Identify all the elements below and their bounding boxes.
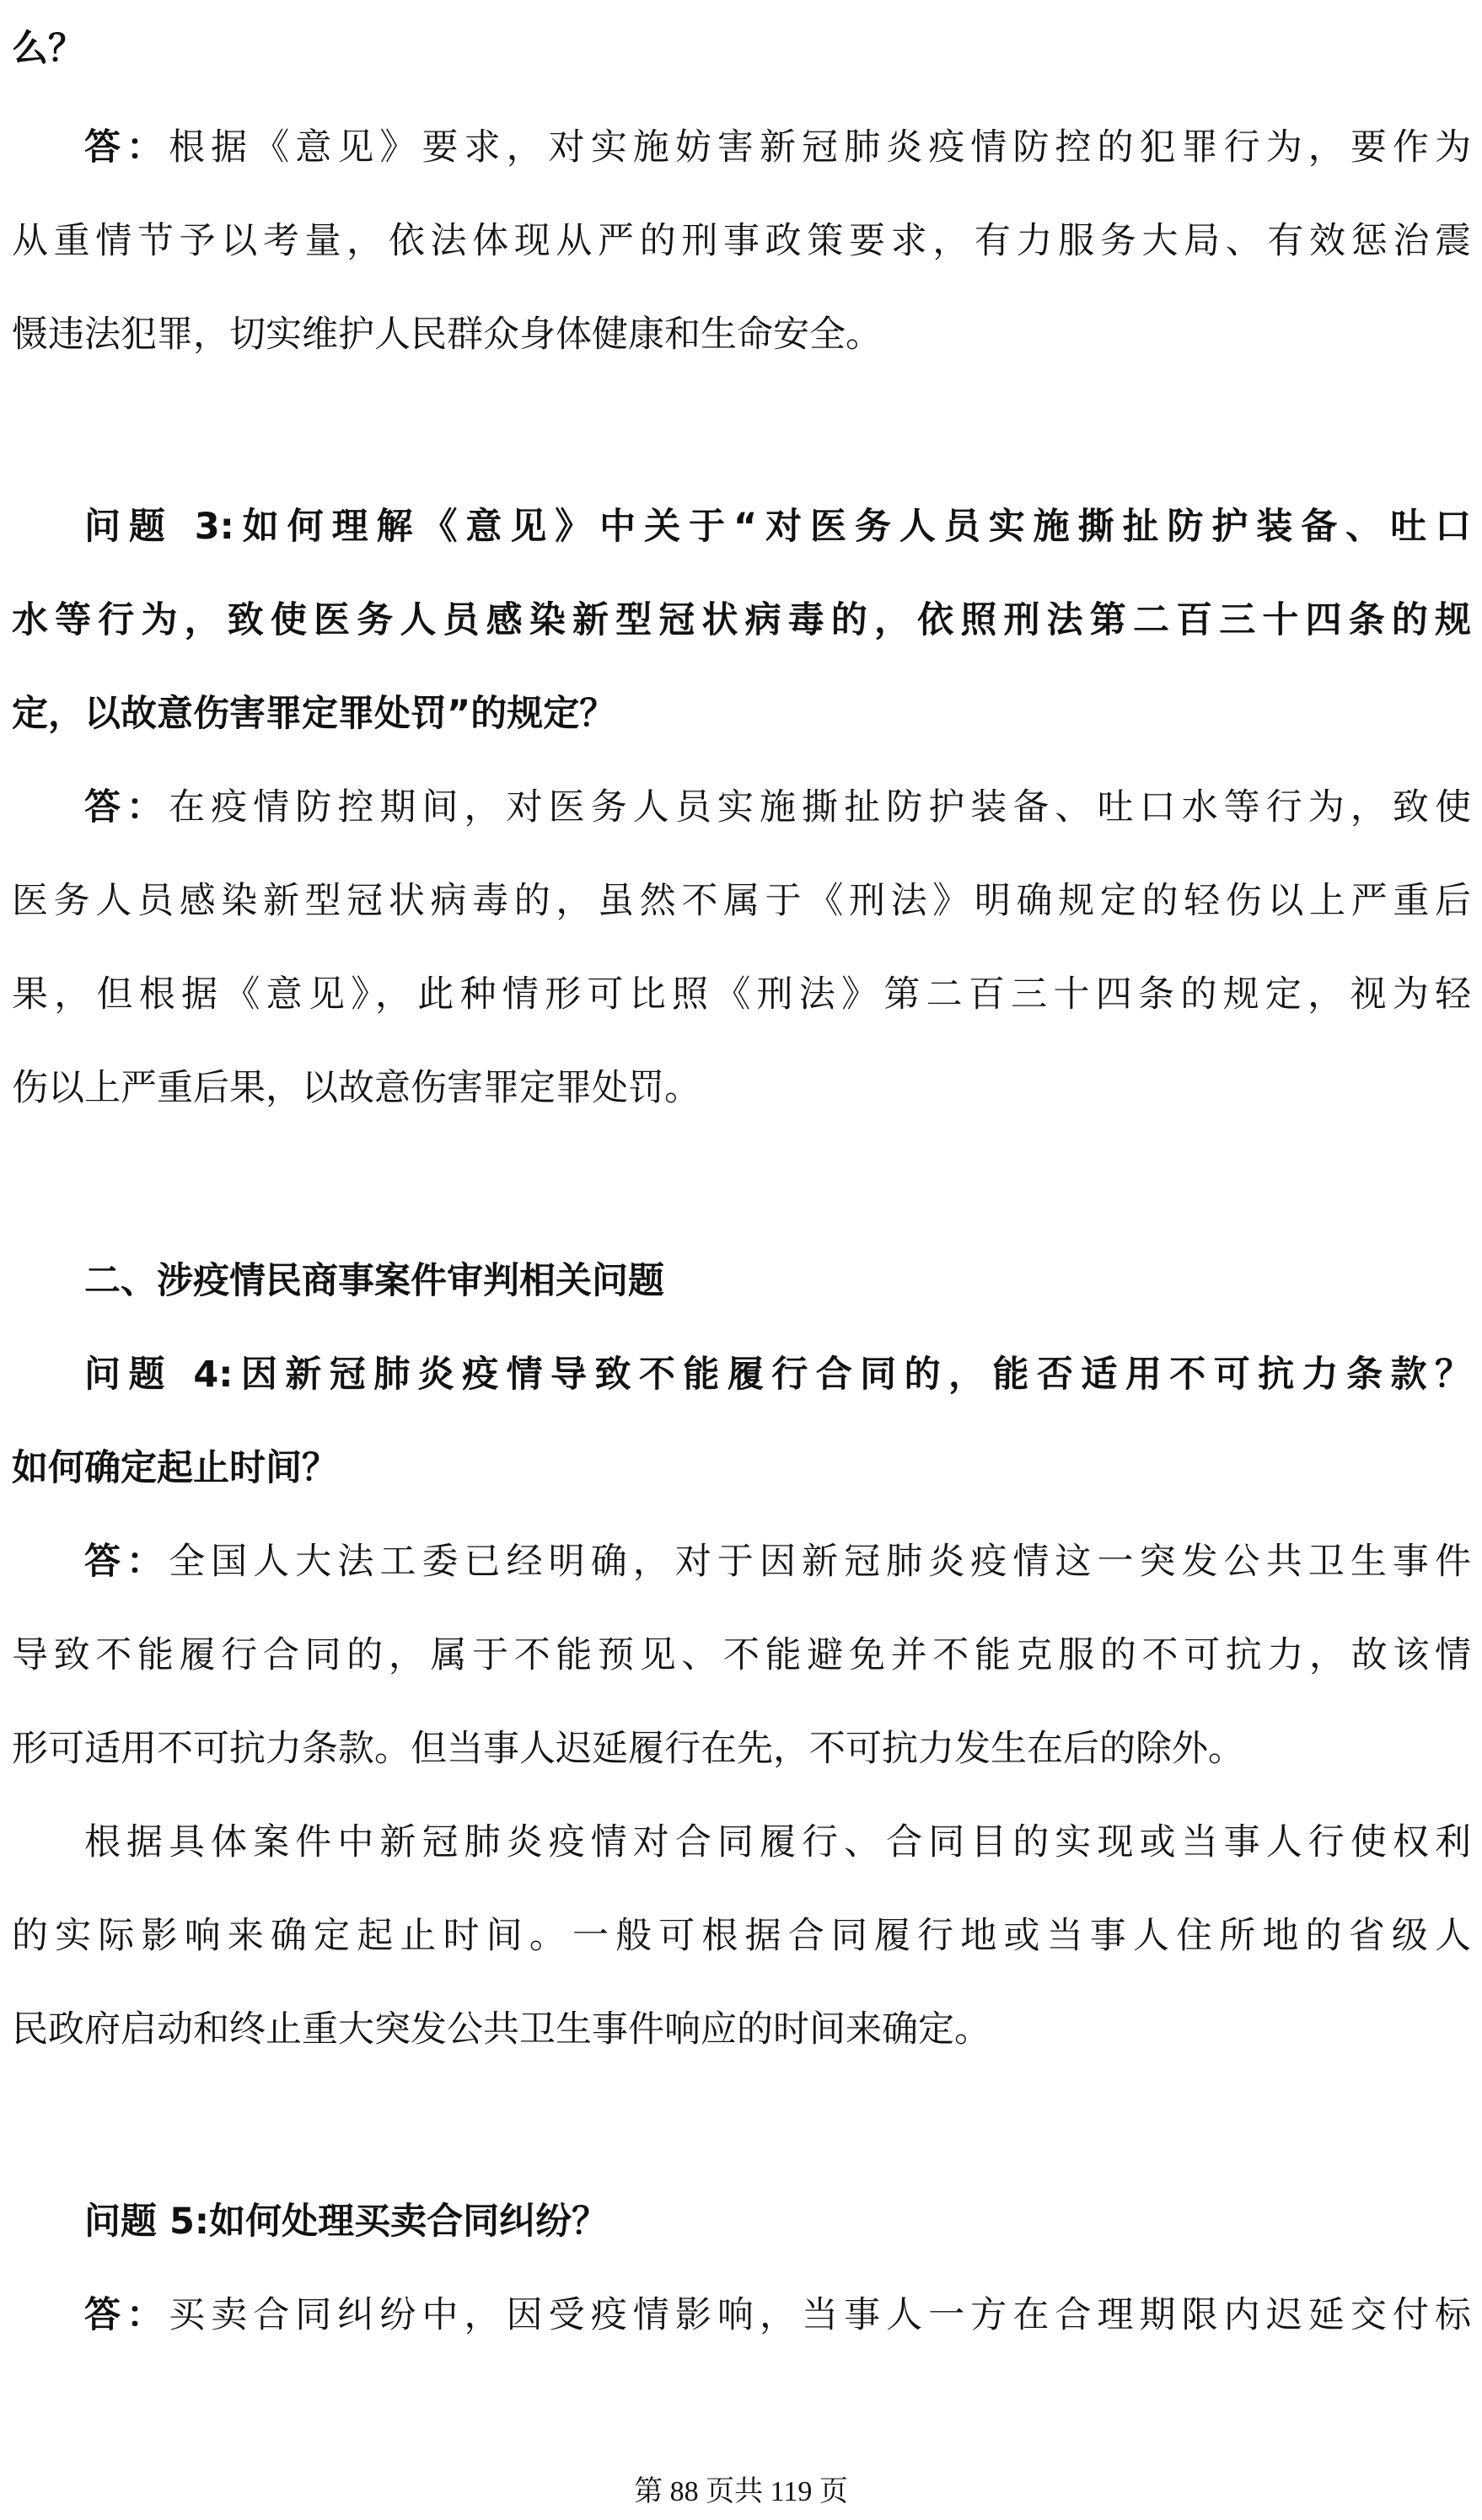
question-3-line: 水等行为，致使医务人员感染新型冠状病毒的，依照刑法第二百三十四条的规 <box>12 595 1471 646</box>
answer-line: 慑违法犯罪，切实维护人民群众身体健康和生命安全。 <box>12 309 1471 360</box>
paragraph-line: 民政府启动和终止重大突发公共卫生事件响应的时间来确定。 <box>12 2004 1471 2055</box>
answer-4-line: 答：全国人大法工委已经明确，对于因新冠肺炎疫情这一突发公共卫生事件 <box>84 1536 1471 1587</box>
paragraph-line: 根据具体案件中新冠肺炎疫情对合同履行、合同目的实现或当事人行使权利 <box>84 1817 1471 1868</box>
page-indicator: 第 88 页共 119 页 <box>0 2474 1482 2511</box>
section-heading: 二、涉疫情民商事案件审判相关问题 <box>84 1256 1471 1306</box>
answer-line: 答：根据《意见》要求，对实施妨害新冠肺炎疫情防控的犯罪行为，要作为 <box>84 122 1471 173</box>
question-4-line: 如何确定起止时间？ <box>12 1443 1471 1493</box>
answer-3-line: 果，但根据《意见》，此种情形可比照《刑法》第二百三十四条的规定，视为轻 <box>12 969 1471 1020</box>
answer-text: 在疫情防控期间，对医务人员实施撕扯防护装备、吐口水等行为，致使 <box>169 786 1471 828</box>
answer-text: 全国人大法工委已经明确，对于因新冠肺炎疫情这一突发公共卫生事件 <box>169 1541 1471 1583</box>
answer-3-line: 答：在疫情防控期间，对医务人员实施撕扯防护装备、吐口水等行为，致使 <box>84 782 1471 833</box>
answer-4-line: 导致不能履行合同的，属于不能预见、不能避免并不能克服的不可抗力，故该情 <box>12 1630 1471 1681</box>
answer-label: 答： <box>84 786 169 828</box>
answer-label: 答： <box>84 1541 169 1583</box>
answer-5-line: 答：买卖合同纠纷中，因受疫情影响，当事人一方在合理期限内迟延交付标 <box>84 2290 1471 2340</box>
answer-label: 答： <box>84 2294 169 2336</box>
question-tail-line: 么？ <box>12 24 1471 74</box>
answer-4-line: 形可适用不可抗力条款。但当事人迟延履行在先，不可抗力发生在后的除外。 <box>12 1724 1471 1774</box>
question-3-line: 问题 3:如何理解《意见》中关于“对医务人员实施撕扯防护装备、吐口 <box>84 501 1471 552</box>
answer-text: 买卖合同纠纷中，因受疫情影响，当事人一方在合理期限内迟延交付标 <box>169 2294 1471 2336</box>
paragraph-line: 的实际影响来确定起止时间。一般可根据合同履行地或当事人住所地的省级人 <box>12 1911 1471 1961</box>
question-5-line: 问题 5:如何处理买卖合同纠纷？ <box>84 2196 1471 2247</box>
answer-3-line: 医务人员感染新型冠状病毒的，虽然不属于《刑法》明确规定的轻伤以上严重后 <box>12 876 1471 926</box>
answer-3-line: 伤以上严重后果，以故意伤害罪定罪处罚。 <box>12 1063 1471 1113</box>
answer-line: 从重情节予以考量，依法体现从严的刑事政策要求，有力服务大局、有效惩治震 <box>12 216 1471 266</box>
answer-label: 答： <box>84 126 169 169</box>
question-4-line: 问题 4:因新冠肺炎疫情导致不能履行合同的，能否适用不可抗力条款？ <box>84 1349 1471 1400</box>
answer-text: 根据《意见》要求，对实施妨害新冠肺炎疫情防控的犯罪行为，要作为 <box>169 126 1471 169</box>
question-3-line: 定，以故意伤害罪定罪处罚”的规定？ <box>12 689 1471 739</box>
